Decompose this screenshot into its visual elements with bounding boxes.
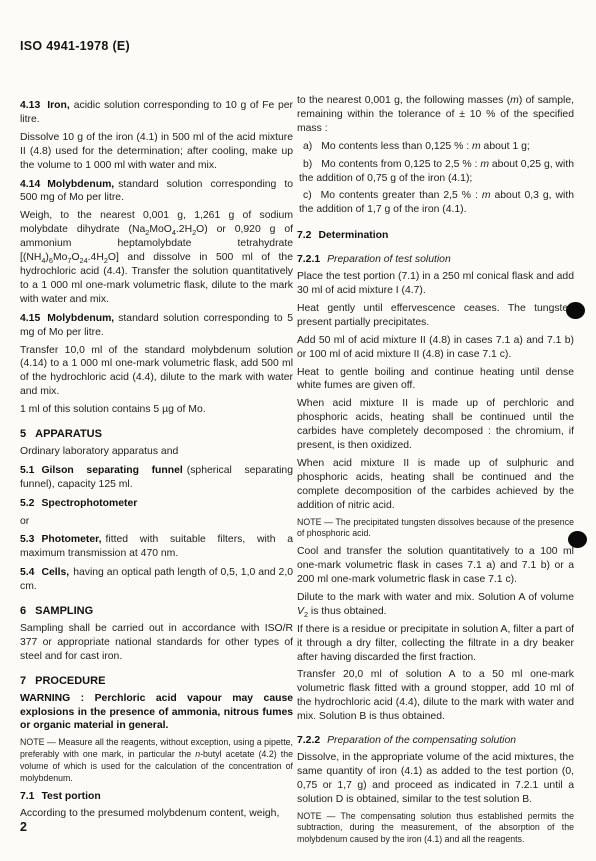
- section-5-4: 5.4Cells,having an optical path length o…: [20, 566, 293, 594]
- paragraph-according: According to the presumed molybdenum con…: [20, 807, 293, 821]
- document-page: ISO 4941-1978 (E) 4.13Iron,acidic soluti…: [0, 0, 596, 861]
- section-number: 6: [20, 605, 35, 617]
- paragraph-transfer-standard-solution: Transfer 10,0 ml of the standard molybde…: [20, 344, 293, 400]
- paragraph-add-acid-mixture: Add 50 ml of acid mixture II (4.8) in ca…: [297, 334, 574, 362]
- section-number: 4.13: [20, 100, 47, 111]
- list-item-label: b): [303, 159, 321, 170]
- paragraph-solution-contains: 1 ml of this solution contains 5 µg of M…: [20, 403, 293, 417]
- heading-7-procedure: 7PROCEDURE: [20, 675, 293, 689]
- section-number: 7: [20, 675, 35, 687]
- warning-paragraph: WARNING : Perchloric acid vapour may cau…: [20, 692, 293, 734]
- list-item-a: a)Mo contents less than 0,125 % : m abou…: [299, 140, 574, 154]
- section-number: 4.15: [20, 313, 47, 324]
- section-title: APPARATUS: [35, 428, 106, 440]
- note-precipitated-tungsten: NOTE — The precipitated tungsten dissolv…: [297, 517, 574, 541]
- heading-7-2-determination: 7.2Determination: [297, 229, 574, 243]
- paragraph-when-perchloric: When acid mixture II is made up of perch…: [297, 397, 574, 453]
- section-title: Photometer,: [41, 534, 105, 545]
- section-4-15: 4.15Molybdenum,standard solution corresp…: [20, 312, 293, 340]
- registration-mark-bottom: [568, 531, 587, 548]
- section-5-3: 5.3Photometer,fitted with suitable filte…: [20, 533, 293, 561]
- section-title: Preparation of test solution: [327, 254, 455, 265]
- section-5-2: 5.2Spectrophotometer: [20, 497, 293, 511]
- paragraph-weigh-molybdate: Weigh, to the nearest 0,001 g, 1,261 g o…: [20, 209, 293, 306]
- section-title: Determination: [318, 230, 392, 241]
- right-column: to the nearest 0,001 g, the following ma…: [297, 94, 574, 851]
- section-title: PROCEDURE: [35, 675, 109, 687]
- section-title: Molybdenum,: [47, 179, 118, 190]
- section-number: 5: [20, 428, 35, 440]
- paragraph-when-sulphuric: When acid mixture II is made up of sulph…: [297, 457, 574, 513]
- paragraph-sampling: Sampling shall be carried out in accorda…: [20, 622, 293, 664]
- paragraph-ordinary-apparatus: Ordinary laboratory apparatus and: [20, 445, 293, 459]
- list-item-label: c): [303, 190, 321, 201]
- paragraph-transfer-solution-b: Transfer 20,0 ml of solution A to a 50 m…: [297, 668, 574, 724]
- paragraph-dissolve-compensating: Dissolve, in the appropriate volume of t…: [297, 751, 574, 807]
- heading-5-apparatus: 5APPARATUS: [20, 428, 293, 442]
- section-5-1: 5.1Gilson separating funnel(spherical se…: [20, 464, 293, 492]
- section-title: Preparation of the compensating solution: [327, 735, 520, 746]
- section-4-14: 4.14Molybdenum,standard solution corresp…: [20, 178, 293, 206]
- paragraph-cool-transfer: Cool and transfer the solution quantitat…: [297, 545, 574, 587]
- section-number: 7.1: [20, 791, 41, 802]
- section-number: 7.2.1: [297, 254, 327, 265]
- heading-6-sampling: 6SAMPLING: [20, 605, 293, 619]
- note-compensating-solution: NOTE — The compensating solution thus es…: [297, 811, 574, 846]
- document-reference-header: ISO 4941-1978 (E): [20, 39, 130, 53]
- section-title: SAMPLING: [35, 605, 97, 617]
- section-number: 5.2: [20, 498, 41, 509]
- list-item-label: a): [303, 141, 321, 152]
- section-title: Iron,: [47, 100, 74, 111]
- section-title: Cells,: [41, 567, 73, 578]
- paragraph-dissolve-iron: Dissolve 10 g of the iron (4.1) in 500 m…: [20, 131, 293, 173]
- section-number: 5.3: [20, 534, 41, 545]
- paragraph-or: or: [20, 515, 293, 529]
- section-number: 4.14: [20, 179, 47, 190]
- section-4-13: 4.13Iron,acidic solution corresponding t…: [20, 99, 293, 127]
- section-number: 5.4: [20, 567, 41, 578]
- list-item-text: Mo contents less than 0,125 % : m about …: [321, 141, 530, 152]
- registration-mark-top: [566, 302, 585, 319]
- paragraph-heat-boiling: Heat to gentle boiling and continue heat…: [297, 366, 574, 394]
- heading-7-2-1: 7.2.1Preparation of test solution: [297, 253, 574, 267]
- section-7-1: 7.1Test portion: [20, 790, 293, 804]
- paragraph-nearest-mass: to the nearest 0,001 g, the following ma…: [297, 94, 574, 136]
- list-item-text: Mo contents from 0,125 to 2,5 % : m abou…: [299, 159, 574, 184]
- section-number: 7.2: [297, 230, 318, 241]
- note-measure-reagents: NOTE — Measure all the reagents, without…: [20, 737, 293, 784]
- page-number: 2: [20, 820, 27, 834]
- paragraph-residue-filter: If there is a residue or precipitate in …: [297, 623, 574, 665]
- list-item-text: Mo contents greater than 2,5 % : m about…: [299, 190, 574, 215]
- section-title: Test portion: [41, 791, 104, 802]
- paragraph-dilute-solution-a: Dilute to the mark with water and mix. S…: [297, 591, 574, 619]
- section-title: Gilson separating funnel: [41, 465, 186, 476]
- section-number: 5.1: [20, 465, 41, 476]
- section-title: Spectrophotometer: [41, 498, 141, 509]
- heading-7-2-2: 7.2.2Preparation of the compensating sol…: [297, 734, 574, 748]
- section-title: Molybdenum,: [47, 313, 118, 324]
- list-item-b: b)Mo contents from 0,125 to 2,5 % : m ab…: [299, 158, 574, 186]
- left-column: 4.13Iron,acidic solution corresponding t…: [20, 94, 293, 825]
- paragraph-place-test-portion: Place the test portion (7.1) in a 250 ml…: [297, 270, 574, 298]
- section-number: 7.2.2: [297, 735, 327, 746]
- paragraph-heat-gently: Heat gently until effervescence ceases. …: [297, 302, 574, 330]
- list-item-c: c)Mo contents greater than 2,5 % : m abo…: [299, 189, 574, 217]
